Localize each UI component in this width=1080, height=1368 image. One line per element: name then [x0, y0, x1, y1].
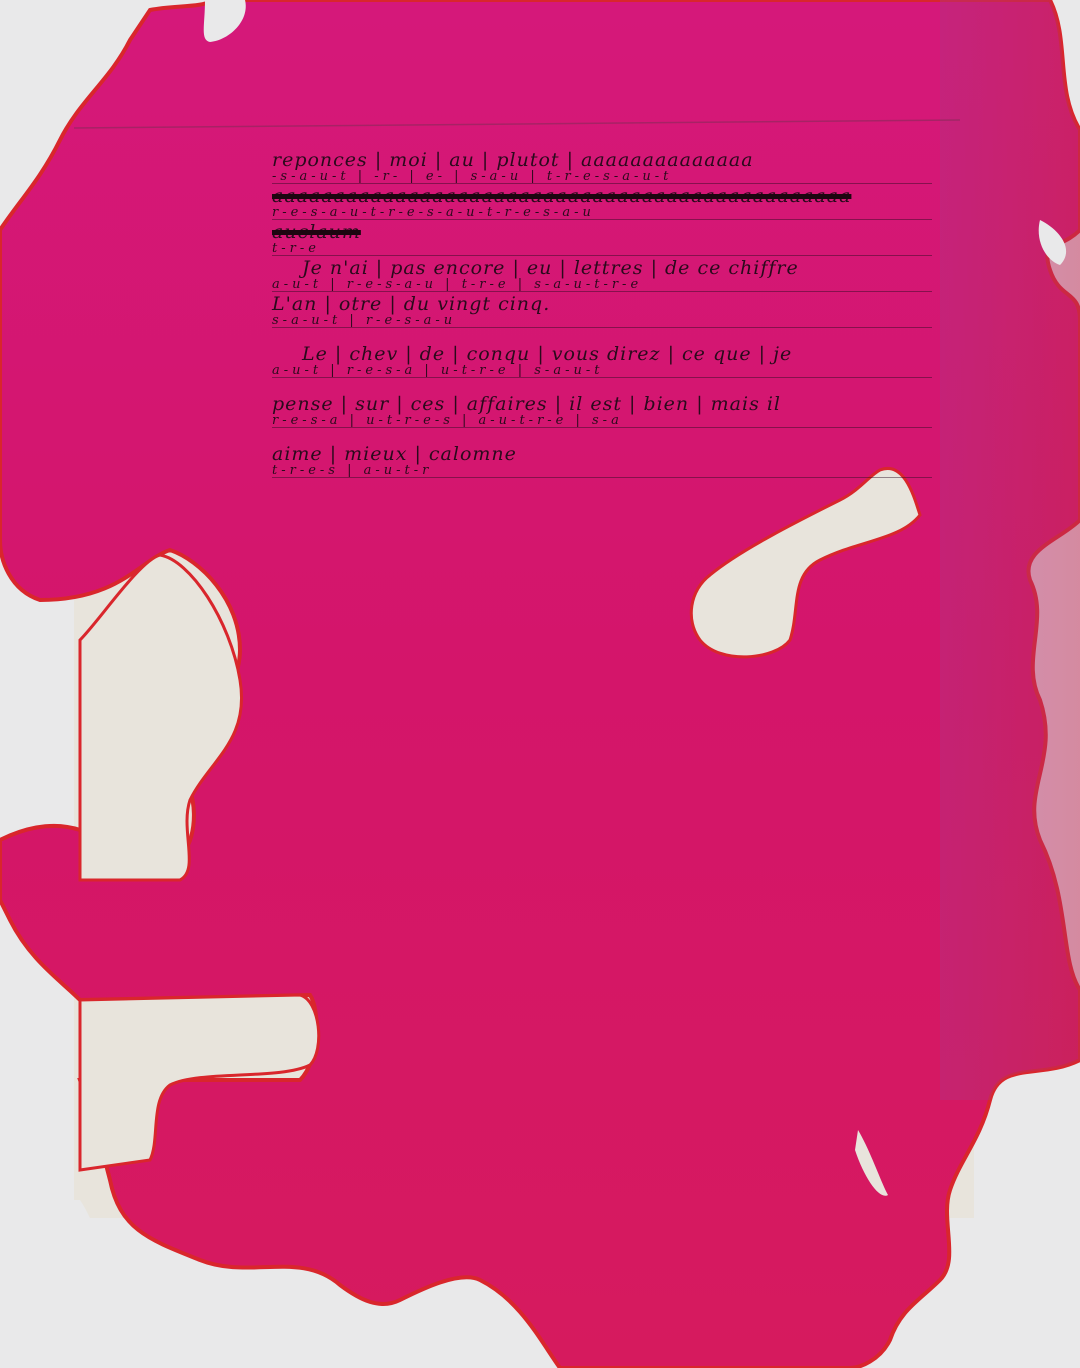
- manuscript-line-7: pense | sur | ces | affaires | il est | …: [272, 394, 932, 430]
- manuscript-line-5: L'an | otre | du vingt cinq. s-a-u-t | r…: [272, 294, 932, 330]
- manuscript-line-4: Je n'ai | pas encore | eu | lettres | de…: [272, 258, 932, 294]
- manuscript-line-3: auclaum t-r-e: [272, 222, 932, 258]
- manuscript-line-2: aaaaaaaaaaaaaaaaaaaaaaaaaaaaaaaaaaaaaaaa…: [272, 186, 932, 222]
- manuscript-line-6: Le | chev | de | conqu | vous direz | ce…: [272, 344, 932, 380]
- manuscript-line-1: reponces | moi | au | plutot | aaaaaaaaa…: [272, 150, 932, 186]
- ink-overlay-right: [940, 0, 1080, 1100]
- manuscript-line-8: aime | mieux | calomne t-r-e-s | a-u-t-r: [272, 444, 932, 480]
- handwritten-manuscript-text: reponces | moi | au | plutot | aaaaaaaaa…: [272, 150, 932, 480]
